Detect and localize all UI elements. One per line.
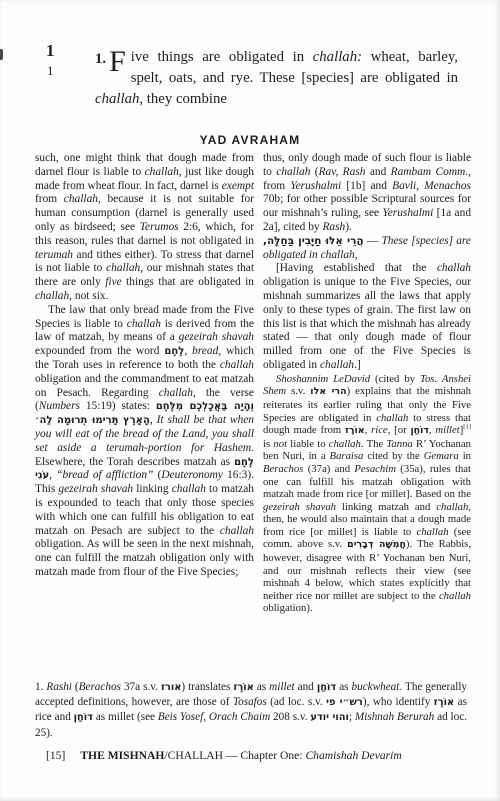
book-page: 1 1 1. Five things are obligated in chal… (0, 0, 500, 801)
left-paragraph-2: The law that only bread made from the Fi… (35, 304, 254, 580)
left-paragraph-1: such, one might think that dough made fr… (35, 152, 254, 304)
page-number: [15] (46, 749, 65, 762)
right-column: thus, only dough made of such flour is l… (263, 152, 471, 615)
footnote-1: 1. Rashi (Berachos 37a s.v. אורז) transl… (35, 680, 467, 740)
page-footer: [15]THE MISHNAH/CHALLAH — Chapter One: C… (46, 749, 402, 762)
mishnah-opening-text: 1. Five things are obligated in challah:… (95, 47, 458, 110)
mishnah-opening-body: ive things are obligated in challah: whe… (95, 49, 458, 107)
mishnah-opener: 1. F (95, 47, 126, 81)
commentary-columns: such, one might think that dough made fr… (35, 152, 471, 615)
mishnah-opening-number: 1. (95, 51, 106, 67)
dropcap-letter: F (109, 45, 126, 78)
right-paragraph-1: thus, only dough made of such flour is l… (263, 152, 471, 235)
right-paragraph-3: Shoshannim LeDavid (cited by Tos. Anshei… (263, 373, 471, 615)
right-paragraph-2: [Having established that the challah obl… (263, 262, 471, 372)
yad-avraham-header: YAD AVRAHAM (0, 133, 500, 147)
left-column: such, one might think that dough made fr… (35, 152, 254, 615)
running-title: THE MISHNAH/CHALLAH — Chapter One: Chami… (80, 749, 401, 762)
mishnah-number: 1 (46, 64, 55, 77)
scan-edge-mark (0, 49, 3, 60)
chapter-number: 1 (46, 42, 55, 59)
dibur-hamaschil-header: הֲרֵי אֵלּוּ חַיָּבִין בַּחַלָּה, — Thes… (263, 235, 471, 263)
margin-numbers: 1 1 (46, 42, 55, 77)
